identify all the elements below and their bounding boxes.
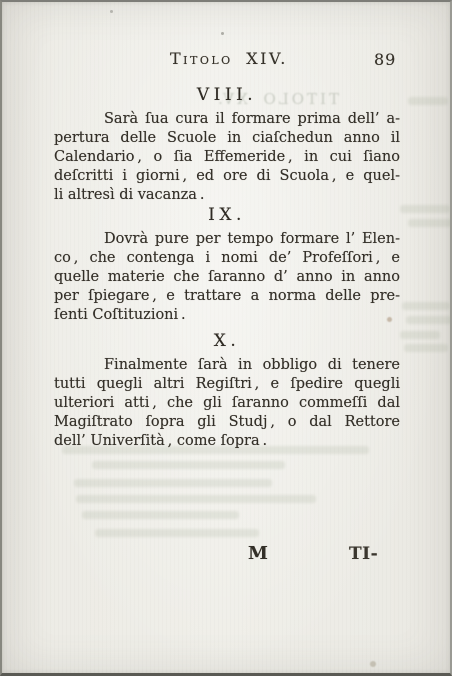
paragraph-line: per ſpiegare , e trattare a norma delle … xyxy=(54,287,400,306)
show-through-line xyxy=(400,205,450,213)
signature-mark: M xyxy=(248,543,268,564)
paper-speck xyxy=(370,661,376,667)
paragraph-line: dell’ Univerſità , come ſopra . xyxy=(54,432,400,451)
paper-speck xyxy=(110,10,113,13)
paragraph: Dovrà pure per tempo formare l’ Elen- co… xyxy=(54,230,400,325)
paragraph-line: ſenti Coſtituzioni . xyxy=(54,306,400,325)
paragraph-line: co , che contenga i nomi de’ Profeſſori … xyxy=(54,249,400,268)
paragraph-line: tutti quegli altri Regiſtri , e ſpedire … xyxy=(54,375,400,394)
section-heading: IX. xyxy=(54,205,400,230)
running-head: Titolo XIV. 89 xyxy=(54,49,434,71)
paragraph-line: quelle materie che ſaranno d’ anno in an… xyxy=(54,268,400,287)
show-through-line xyxy=(406,316,452,324)
paragraph: Finalmente ſarà in obbligo di tenere tut… xyxy=(54,356,400,451)
section-heading: VIII. xyxy=(54,85,400,110)
show-through-line xyxy=(76,495,316,503)
paragraph-line: Finalmente ſarà in obbligo di tenere xyxy=(54,356,400,375)
paragraph-line: Magiſtrato ſopra gli Studj , o dal Retto… xyxy=(54,413,400,432)
show-through-line xyxy=(404,344,448,352)
show-through-line xyxy=(400,331,440,339)
section-x: X. Finalmente ſarà in obbligo di tenere … xyxy=(54,331,400,451)
show-through-line xyxy=(92,461,285,469)
paragraph-line: deſcritti i giorni , ed ore di Scuola , … xyxy=(54,167,400,186)
section-viii: VIII. Sarà ſua cura il formare prima del… xyxy=(54,85,400,205)
show-through-line xyxy=(95,529,259,537)
page-number: 89 xyxy=(374,50,396,69)
paper-speck xyxy=(221,32,224,35)
paragraph-line: Dovrà pure per tempo formare l’ Elen- xyxy=(54,230,400,249)
paragraph-line: pertura delle Scuole in ciaſchedun anno … xyxy=(54,129,400,148)
paragraph-line: li altresì di vacanza . xyxy=(54,186,400,205)
show-through-line xyxy=(74,479,272,487)
section-ix: IX. Dovrà pure per tempo formare l’ Elen… xyxy=(54,205,400,325)
show-through-line xyxy=(408,97,448,105)
paragraph-line: Calendario , o ſia Effemeride , in cui ſ… xyxy=(54,148,400,167)
show-through-line xyxy=(408,219,452,227)
running-title: Titolo XIV. xyxy=(170,49,288,68)
show-through-line xyxy=(82,511,239,519)
catchword: TI- xyxy=(349,544,378,564)
paragraph-line: ulteriori atti , che gli ſaranno commeſſ… xyxy=(54,394,400,413)
paragraph-line: Sarà ſua cura il formare prima dell’ a- xyxy=(54,110,400,129)
show-through-line xyxy=(402,302,450,310)
book-page-photo: TITOLO XV. Titolo XIV. 89 VIII. Sarà ſua… xyxy=(0,0,452,676)
section-heading: X. xyxy=(54,331,400,356)
paragraph: Sarà ſua cura il formare prima dell’ a- … xyxy=(54,110,400,205)
